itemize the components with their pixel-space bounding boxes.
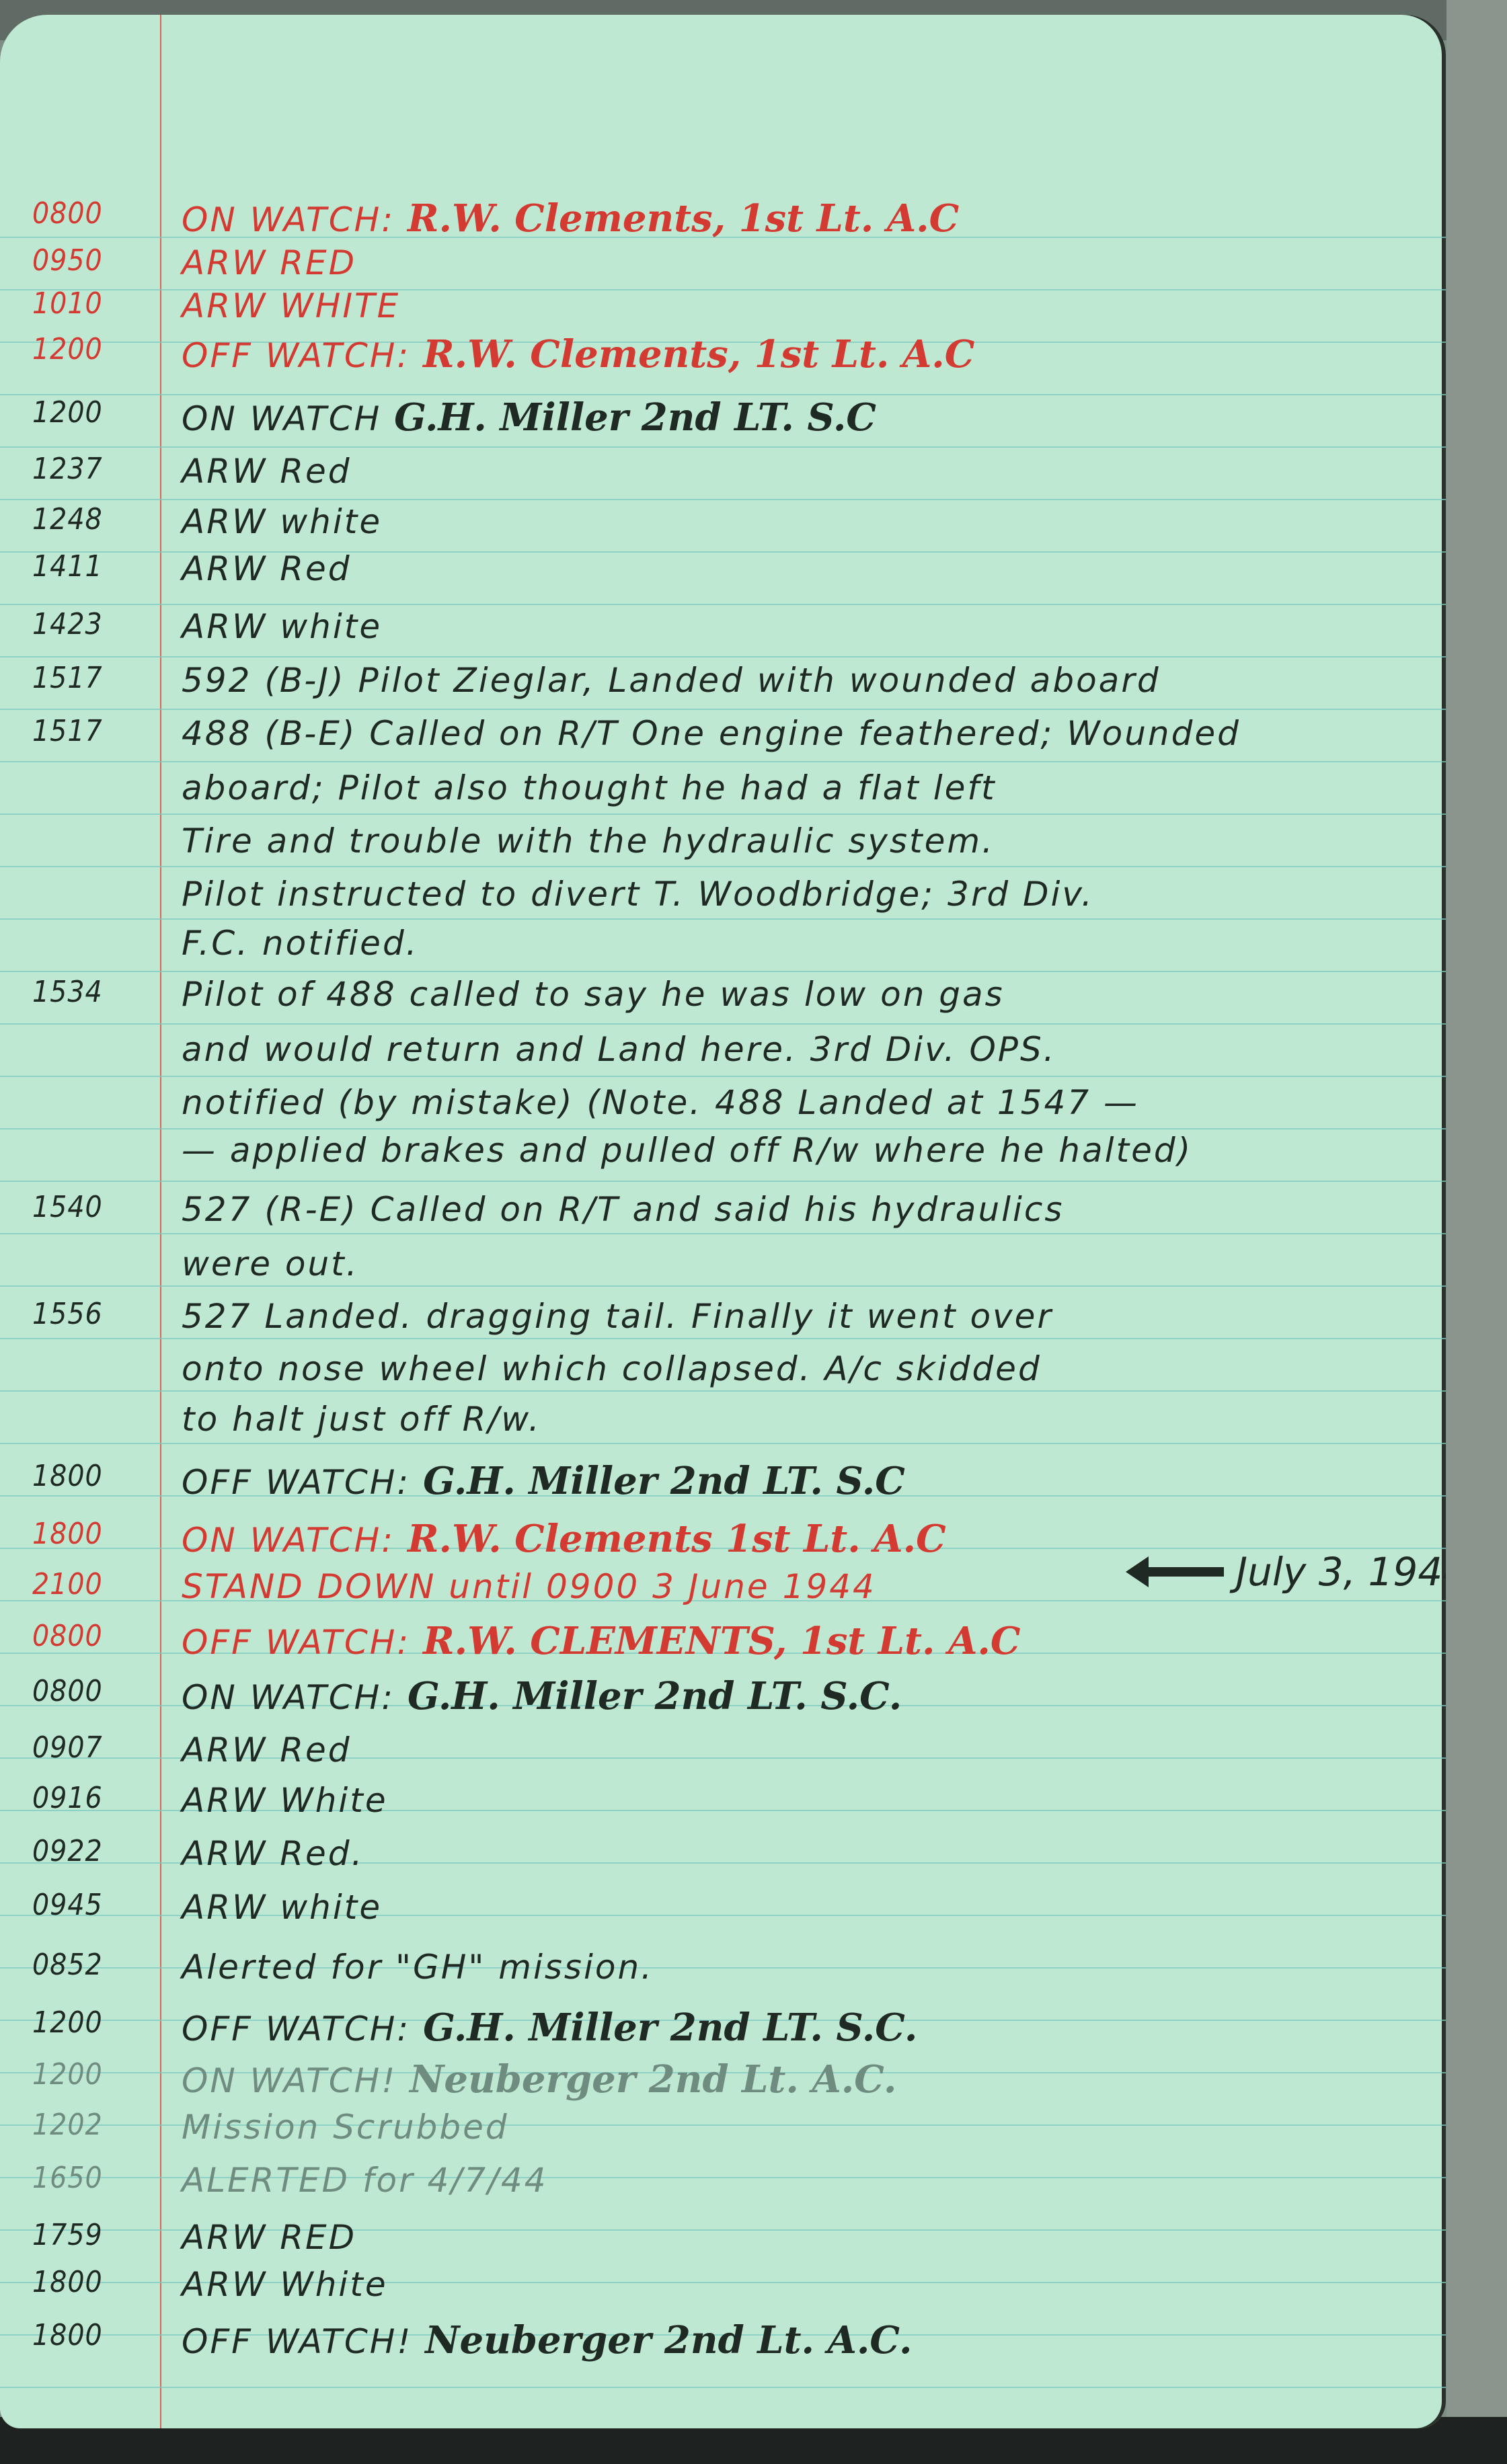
entry-text: Alerted for "GH" mission. bbox=[182, 1948, 654, 1987]
entry-time: 1800 bbox=[32, 1517, 153, 1551]
entry-time: 1200 bbox=[32, 395, 153, 430]
entry-text-line: ALERTED for 4/7/44 bbox=[182, 2161, 1432, 2200]
entry-time: 1202 bbox=[32, 2108, 153, 2142]
entry-text: ARW RED bbox=[182, 2218, 356, 2257]
entry-text: ON WATCH: bbox=[182, 1678, 395, 1717]
log-page: 0800ON WATCH: R.W. Clements, 1st Lt. A.C… bbox=[0, 15, 1446, 2428]
entry-text-line: 527 Landed. dragging tail. Finally it we… bbox=[182, 1297, 1432, 1336]
entry-continuation-line: aboard; Pilot also thought he had a flat… bbox=[182, 768, 997, 807]
margin-line bbox=[160, 15, 161, 2428]
rule-line bbox=[0, 866, 1446, 867]
entry-text-line: ARW Red. bbox=[182, 1834, 1432, 1873]
rule-line bbox=[0, 2387, 1446, 2388]
rule-line bbox=[0, 499, 1446, 500]
rule-line bbox=[0, 1285, 1446, 1287]
entry-text: 592 (B-J) Pilot Zieglar, Landed with wou… bbox=[182, 661, 1161, 700]
entry-signature: R.W. Clements, 1st Lt. A.C bbox=[423, 332, 974, 376]
entry-continuation-line: notified (by mistake) (Note. 488 Landed … bbox=[182, 1083, 1139, 1122]
entry-text: ALERTED for 4/7/44 bbox=[182, 2161, 548, 2200]
entry-text-line: ON WATCH G.H. Miller 2nd LT. S.C bbox=[182, 395, 1432, 440]
entry-time: 0916 bbox=[32, 1781, 153, 1815]
entry-text-line: OFF WATCH: R.W. Clements, 1st Lt. A.C bbox=[182, 332, 1432, 376]
entry-time: 1248 bbox=[32, 502, 153, 536]
entry-signature: G.H. Miller 2nd LT. S.C bbox=[423, 1459, 905, 1503]
entry-time: 0800 bbox=[32, 1619, 153, 1653]
entry-time: 1534 bbox=[32, 975, 153, 1009]
entry-time: 1517 bbox=[32, 714, 153, 748]
entry-text-line: ARW white bbox=[182, 607, 1432, 646]
entry-text: OFF WATCH: bbox=[182, 1623, 410, 1662]
entry-time: 1556 bbox=[32, 1297, 153, 1331]
entry-continuation-line: onto nose wheel which collapsed. A/c ski… bbox=[182, 1349, 1042, 1388]
rule-line bbox=[0, 813, 1446, 815]
entry-text-line: ON WATCH: R.W. Clements, 1st Lt. A.C bbox=[182, 196, 1432, 241]
entry-text: ARW White bbox=[182, 1781, 388, 1820]
entry-text: ON WATCH: bbox=[182, 1521, 395, 1560]
entry-time: 0950 bbox=[32, 243, 153, 278]
entry-time: 0852 bbox=[32, 1948, 153, 1982]
date-annotation: July 3, 1944 bbox=[1143, 1549, 1446, 1595]
entry-text-line: OFF WATCH: R.W. CLEMENTS, 1st Lt. A.C bbox=[182, 1619, 1432, 1663]
entry-signature: Neuberger 2nd Lt. A.C. bbox=[410, 2057, 896, 2102]
entry-signature: R.W. Clements, 1st Lt. A.C bbox=[408, 196, 959, 241]
entry-text-line: ARW White bbox=[182, 1781, 1432, 1820]
entry-signature: Neuberger 2nd Lt. A.C. bbox=[425, 2318, 912, 2362]
entry-text: 527 (R-E) Called on R/T and said his hyd… bbox=[182, 1190, 1064, 1229]
entry-text-line: ARW Red bbox=[182, 1731, 1432, 1770]
entry-time: 1200 bbox=[32, 332, 153, 366]
entry-signature: G.H. Miller 2nd LT. S.C. bbox=[423, 2005, 917, 2050]
entry-text-line: 488 (B-E) Called on R/T One engine feath… bbox=[182, 714, 1432, 753]
entry-text: 488 (B-E) Called on R/T One engine feath… bbox=[182, 714, 1241, 753]
entry-time: 0907 bbox=[32, 1731, 153, 1765]
left-arrow-icon bbox=[1143, 1567, 1224, 1577]
entry-time: 1517 bbox=[32, 661, 153, 695]
entry-time: 1200 bbox=[32, 2057, 153, 2092]
entry-time: 1800 bbox=[32, 2318, 153, 2352]
entry-text: OFF WATCH: bbox=[182, 336, 410, 375]
entry-text-line: OFF WATCH! Neuberger 2nd Lt. A.C. bbox=[182, 2318, 1432, 2362]
rule-line bbox=[0, 1181, 1446, 1182]
entry-time: 1540 bbox=[32, 1190, 153, 1224]
entry-text-line: Mission Scrubbed bbox=[182, 2108, 1432, 2147]
rule-line bbox=[0, 918, 1446, 920]
entry-text-line: ARW white bbox=[182, 1888, 1432, 1927]
rule-line bbox=[0, 1390, 1446, 1392]
rule-line bbox=[0, 1076, 1446, 1077]
entry-text-line: OFF WATCH: G.H. Miller 2nd LT. S.C. bbox=[182, 2005, 1432, 2050]
rule-line bbox=[0, 1023, 1446, 1025]
rule-line bbox=[0, 656, 1446, 658]
entry-continuation-line: and would return and Land here. 3rd Div.… bbox=[182, 1030, 1056, 1069]
entry-text: 527 Landed. dragging tail. Finally it we… bbox=[182, 1297, 1053, 1336]
entry-text-line: OFF WATCH: G.H. Miller 2nd LT. S.C bbox=[182, 1459, 1432, 1503]
entry-time: 1237 bbox=[32, 452, 153, 486]
entry-time: 1010 bbox=[32, 286, 153, 321]
rule-line bbox=[0, 1338, 1446, 1339]
entry-time: 1411 bbox=[32, 549, 153, 584]
entry-text-line: 527 (R-E) Called on R/T and said his hyd… bbox=[182, 1190, 1432, 1229]
rule-line bbox=[0, 604, 1446, 605]
entry-time: 0922 bbox=[32, 1834, 153, 1868]
rule-line bbox=[0, 1443, 1446, 1444]
entry-time: 0800 bbox=[32, 1674, 153, 1708]
rule-line bbox=[0, 446, 1446, 448]
entry-text: ARW white bbox=[182, 1888, 382, 1927]
entry-time: 2100 bbox=[32, 1567, 153, 1601]
entry-text: ARW white bbox=[182, 607, 382, 646]
rule-line bbox=[0, 971, 1446, 972]
entry-text: ARW Red bbox=[182, 452, 352, 491]
entry-signature: G.H. Miller 2nd LT. S.C. bbox=[408, 1674, 902, 1718]
entry-text: ARW RED bbox=[182, 243, 356, 282]
entry-continuation-line: — applied brakes and pulled off R/w wher… bbox=[182, 1131, 1192, 1170]
entry-signature: R.W. Clements 1st Lt. A.C bbox=[408, 1517, 946, 1561]
rule-line bbox=[0, 1233, 1446, 1234]
entry-continuation-line: Tire and trouble with the hydraulic syst… bbox=[182, 822, 995, 861]
entry-continuation-line: F.C. notified. bbox=[182, 924, 419, 963]
entry-time: 1759 bbox=[32, 2218, 153, 2252]
entry-text: OFF WATCH: bbox=[182, 1463, 410, 1502]
rule-line bbox=[0, 761, 1446, 762]
entry-text-line: ARW Red bbox=[182, 549, 1432, 588]
entry-text-line: ARW WHITE bbox=[182, 286, 1432, 325]
entry-text: ARW Red. bbox=[182, 1834, 364, 1873]
entry-continuation-line: to halt just off R/w. bbox=[182, 1400, 541, 1439]
entry-text: Mission Scrubbed bbox=[182, 2108, 509, 2147]
entry-text-line: ARW White bbox=[182, 2265, 1432, 2304]
entry-time: 1200 bbox=[32, 2005, 153, 2040]
entry-text-line: Pilot of 488 called to say he was low on… bbox=[182, 975, 1432, 1014]
entry-text: ON WATCH: bbox=[182, 200, 395, 239]
rule-line bbox=[0, 709, 1446, 710]
entry-text-line: ARW RED bbox=[182, 243, 1432, 282]
entry-text: ON WATCH bbox=[182, 399, 381, 438]
annotation-date: July 3, 1944 bbox=[1236, 1549, 1446, 1595]
entry-text: STAND DOWN until 0900 3 June 1944 bbox=[182, 1567, 876, 1606]
entry-text-line: ARW white bbox=[182, 502, 1432, 541]
entry-text: ARW white bbox=[182, 502, 382, 541]
entry-text: ARW Red bbox=[182, 1731, 352, 1770]
entry-text: ON WATCH! bbox=[182, 2061, 397, 2100]
entry-text: ARW White bbox=[182, 2265, 388, 2304]
entry-text: OFF WATCH: bbox=[182, 2010, 410, 2049]
entry-time: 1800 bbox=[32, 2265, 153, 2299]
entry-text: ARW Red bbox=[182, 549, 352, 588]
entry-time: 1800 bbox=[32, 1459, 153, 1493]
entry-text-line: Alerted for "GH" mission. bbox=[182, 1948, 1432, 1987]
photo-background-right bbox=[1446, 0, 1507, 2464]
entry-text: Pilot of 488 called to say he was low on… bbox=[182, 975, 1005, 1014]
entry-continuation-line: Pilot instructed to divert T. Woodbridge… bbox=[182, 875, 1094, 914]
entry-time: 1423 bbox=[32, 607, 153, 641]
entry-time: 0800 bbox=[32, 196, 153, 231]
entry-signature: R.W. CLEMENTS, 1st Lt. A.C bbox=[423, 1619, 1020, 1663]
entry-continuation-line: were out. bbox=[182, 1244, 359, 1283]
entry-time: 1650 bbox=[32, 2161, 153, 2195]
entry-time: 0945 bbox=[32, 1888, 153, 1922]
entry-signature: G.H. Miller 2nd LT. S.C bbox=[394, 395, 876, 440]
entry-text: ARW WHITE bbox=[182, 286, 400, 325]
rule-line bbox=[0, 1128, 1446, 1129]
entry-text-line: ON WATCH! Neuberger 2nd Lt. A.C. bbox=[182, 2057, 1432, 2102]
entry-text-line: ARW Red bbox=[182, 452, 1432, 491]
entry-text: OFF WATCH! bbox=[182, 2322, 412, 2361]
entry-text-line: ON WATCH: G.H. Miller 2nd LT. S.C. bbox=[182, 1674, 1432, 1718]
entry-text-line: 592 (B-J) Pilot Zieglar, Landed with wou… bbox=[182, 661, 1432, 700]
entry-text-line: ARW RED bbox=[182, 2218, 1432, 2257]
